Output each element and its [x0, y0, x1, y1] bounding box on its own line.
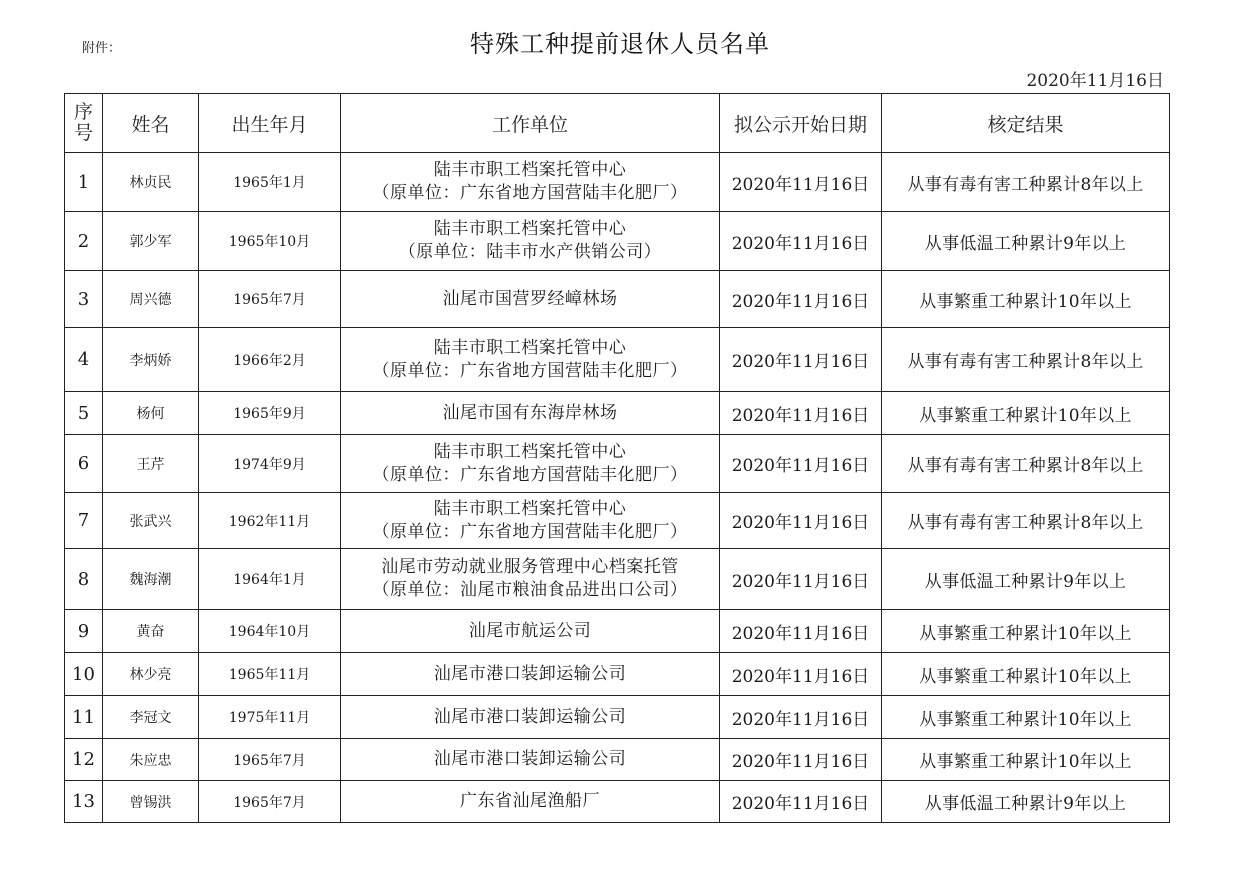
cell-seq: 10	[65, 653, 103, 696]
table-header-row: 序号 姓名 出生年月 工作单位 拟公示开始日期 核定结果	[65, 94, 1170, 153]
cell-birth: 1962年11月	[199, 493, 341, 549]
cell-result: 从事低温工种累计9年以上	[882, 212, 1170, 271]
cell-result: 从事有毒有害工种累计8年以上	[882, 435, 1170, 493]
table-row: 12朱应忠1965年7月汕尾市港口装卸运输公司2020年11月16日从事繁重工种…	[65, 739, 1170, 781]
table-row: 9黄奋1964年10月汕尾市航运公司2020年11月16日从事繁重工种累计10年…	[65, 610, 1170, 653]
cell-seq: 11	[65, 696, 103, 739]
cell-unit: 陆丰市职工档案托管中心（原单位：广东省地方国营陆丰化肥厂）	[341, 328, 720, 392]
cell-unit: 陆丰市职工档案托管中心（原单位：广东省地方国营陆丰化肥厂）	[341, 153, 720, 212]
header-unit: 工作单位	[341, 94, 720, 153]
cell-result: 从事繁重工种累计10年以上	[882, 271, 1170, 328]
cell-birth: 1965年7月	[199, 781, 341, 823]
cell-result: 从事繁重工种累计10年以上	[882, 610, 1170, 653]
cell-name: 曾锡洪	[103, 781, 199, 823]
cell-result: 从事有毒有害工种累计8年以上	[882, 493, 1170, 549]
cell-unit: 汕尾市国有东海岸林场	[341, 392, 720, 435]
cell-unit: 汕尾市航运公司	[341, 610, 720, 653]
unit-original: （原单位：广东省地方国营陆丰化肥厂）	[343, 182, 717, 205]
cell-start-date: 2020年11月16日	[720, 328, 882, 392]
cell-seq: 4	[65, 328, 103, 392]
cell-result: 从事繁重工种累计10年以上	[882, 653, 1170, 696]
cell-result: 从事繁重工种累计10年以上	[882, 392, 1170, 435]
cell-name: 林贞民	[103, 153, 199, 212]
cell-birth: 1975年11月	[199, 696, 341, 739]
header-result: 核定结果	[882, 94, 1170, 153]
cell-unit: 陆丰市职工档案托管中心（原单位：广东省地方国营陆丰化肥厂）	[341, 493, 720, 549]
cell-birth: 1965年10月	[199, 212, 341, 271]
cell-birth: 1965年7月	[199, 271, 341, 328]
cell-seq: 3	[65, 271, 103, 328]
cell-unit: 汕尾市港口装卸运输公司	[341, 696, 720, 739]
cell-unit: 汕尾市劳动就业服务管理中心档案托管（原单位：汕尾市粮油食品进出口公司）	[341, 549, 720, 610]
unit-original: （原单位：陆丰市水产供销公司）	[343, 241, 717, 264]
unit-name: 陆丰市职工档案托管中心	[343, 159, 717, 182]
cell-seq: 7	[65, 493, 103, 549]
cell-start-date: 2020年11月16日	[720, 739, 882, 781]
unit-name: 陆丰市职工档案托管中心	[343, 498, 717, 521]
unit-name: 汕尾市劳动就业服务管理中心档案托管	[343, 556, 717, 579]
unit-name: 汕尾市港口装卸运输公司	[343, 748, 717, 771]
cell-name: 林少亮	[103, 653, 199, 696]
cell-seq: 9	[65, 610, 103, 653]
cell-start-date: 2020年11月16日	[720, 271, 882, 328]
cell-seq: 8	[65, 549, 103, 610]
cell-start-date: 2020年11月16日	[720, 153, 882, 212]
cell-birth: 1964年10月	[199, 610, 341, 653]
cell-birth: 1965年7月	[199, 739, 341, 781]
table-body: 1林贞民1965年1月陆丰市职工档案托管中心（原单位：广东省地方国营陆丰化肥厂）…	[65, 153, 1170, 823]
document-title: 特殊工种提前退休人员名单	[0, 24, 1240, 59]
unit-name: 陆丰市职工档案托管中心	[343, 441, 717, 464]
cell-start-date: 2020年11月16日	[720, 781, 882, 823]
unit-original: （原单位：广东省地方国营陆丰化肥厂）	[343, 464, 717, 487]
table-row: 1林贞民1965年1月陆丰市职工档案托管中心（原单位：广东省地方国营陆丰化肥厂）…	[65, 153, 1170, 212]
cell-seq: 6	[65, 435, 103, 493]
cell-unit: 广东省汕尾渔船厂	[341, 781, 720, 823]
cell-unit: 汕尾市港口装卸运输公司	[341, 739, 720, 781]
header-seq: 序号	[65, 94, 103, 153]
cell-birth: 1964年1月	[199, 549, 341, 610]
cell-name: 黄奋	[103, 610, 199, 653]
cell-result: 从事有毒有害工种累计8年以上	[882, 328, 1170, 392]
cell-birth: 1974年9月	[199, 435, 341, 493]
cell-result: 从事繁重工种累计10年以上	[882, 696, 1170, 739]
cell-name: 郭少军	[103, 212, 199, 271]
table-row: 4李炳娇1966年2月陆丰市职工档案托管中心（原单位：广东省地方国营陆丰化肥厂）…	[65, 328, 1170, 392]
table-row: 10林少亮1965年11月汕尾市港口装卸运输公司2020年11月16日从事繁重工…	[65, 653, 1170, 696]
cell-start-date: 2020年11月16日	[720, 696, 882, 739]
cell-name: 李冠文	[103, 696, 199, 739]
unit-name: 广东省汕尾渔船厂	[343, 790, 717, 813]
cell-name: 李炳娇	[103, 328, 199, 392]
cell-result: 从事低温工种累计9年以上	[882, 781, 1170, 823]
cell-result: 从事低温工种累计9年以上	[882, 549, 1170, 610]
table-row: 5杨何1965年9月汕尾市国有东海岸林场2020年11月16日从事繁重工种累计1…	[65, 392, 1170, 435]
cell-start-date: 2020年11月16日	[720, 653, 882, 696]
cell-name: 周兴德	[103, 271, 199, 328]
header-name: 姓名	[103, 94, 199, 153]
unit-original: （原单位：广东省地方国营陆丰化肥厂）	[343, 360, 717, 383]
cell-seq: 1	[65, 153, 103, 212]
header-birth: 出生年月	[199, 94, 341, 153]
unit-name: 汕尾市国营罗经嶂林场	[343, 288, 717, 311]
cell-name: 张武兴	[103, 493, 199, 549]
cell-unit: 陆丰市职工档案托管中心（原单位：陆丰市水产供销公司）	[341, 212, 720, 271]
document-date: 2020年11月16日	[1026, 66, 1164, 91]
table-row: 13曾锡洪1965年7月广东省汕尾渔船厂2020年11月16日从事低温工种累计9…	[65, 781, 1170, 823]
cell-result: 从事有毒有害工种累计8年以上	[882, 153, 1170, 212]
table-row: 7张武兴1962年11月陆丰市职工档案托管中心（原单位：广东省地方国营陆丰化肥厂…	[65, 493, 1170, 549]
unit-name: 陆丰市职工档案托管中心	[343, 337, 717, 360]
cell-name: 杨何	[103, 392, 199, 435]
cell-seq: 5	[65, 392, 103, 435]
table-row: 6王芹1974年9月陆丰市职工档案托管中心（原单位：广东省地方国营陆丰化肥厂）2…	[65, 435, 1170, 493]
table-row: 11李冠文1975年11月汕尾市港口装卸运输公司2020年11月16日从事繁重工…	[65, 696, 1170, 739]
cell-birth: 1966年2月	[199, 328, 341, 392]
unit-name: 汕尾市国有东海岸林场	[343, 402, 717, 425]
table-row: 8魏海潮1964年1月汕尾市劳动就业服务管理中心档案托管（原单位：汕尾市粮油食品…	[65, 549, 1170, 610]
unit-name: 陆丰市职工档案托管中心	[343, 218, 717, 241]
cell-result: 从事繁重工种累计10年以上	[882, 739, 1170, 781]
cell-unit: 汕尾市国营罗经嶂林场	[341, 271, 720, 328]
table-row: 2郭少军1965年10月陆丰市职工档案托管中心（原单位：陆丰市水产供销公司）20…	[65, 212, 1170, 271]
cell-name: 魏海潮	[103, 549, 199, 610]
cell-start-date: 2020年11月16日	[720, 493, 882, 549]
cell-birth: 1965年9月	[199, 392, 341, 435]
cell-name: 王芹	[103, 435, 199, 493]
cell-start-date: 2020年11月16日	[720, 610, 882, 653]
retirement-roster-table: 序号 姓名 出生年月 工作单位 拟公示开始日期 核定结果 1林贞民1965年1月…	[64, 93, 1170, 823]
cell-unit: 陆丰市职工档案托管中心（原单位：广东省地方国营陆丰化肥厂）	[341, 435, 720, 493]
unit-name: 汕尾市航运公司	[343, 620, 717, 643]
cell-start-date: 2020年11月16日	[720, 435, 882, 493]
cell-start-date: 2020年11月16日	[720, 549, 882, 610]
cell-seq: 13	[65, 781, 103, 823]
table-row: 3周兴德1965年7月汕尾市国营罗经嶂林场2020年11月16日从事繁重工种累计…	[65, 271, 1170, 328]
unit-original: （原单位：广东省地方国营陆丰化肥厂）	[343, 521, 717, 544]
cell-birth: 1965年11月	[199, 653, 341, 696]
cell-seq: 12	[65, 739, 103, 781]
cell-birth: 1965年1月	[199, 153, 341, 212]
cell-start-date: 2020年11月16日	[720, 392, 882, 435]
unit-name: 汕尾市港口装卸运输公司	[343, 663, 717, 686]
cell-name: 朱应忠	[103, 739, 199, 781]
cell-unit: 汕尾市港口装卸运输公司	[341, 653, 720, 696]
cell-start-date: 2020年11月16日	[720, 212, 882, 271]
unit-original: （原单位：汕尾市粮油食品进出口公司）	[343, 579, 717, 602]
unit-name: 汕尾市港口装卸运输公司	[343, 706, 717, 729]
header-start-date: 拟公示开始日期	[720, 94, 882, 153]
cell-seq: 2	[65, 212, 103, 271]
